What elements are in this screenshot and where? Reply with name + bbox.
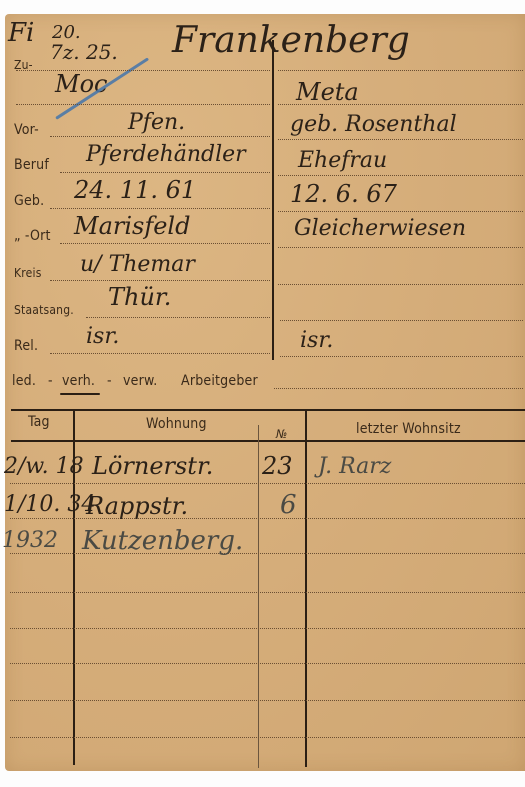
nr-column-divider: [258, 425, 259, 768]
rule-line: [278, 284, 523, 285]
rule-line: [60, 243, 270, 244]
value-kreis: u/ Themar: [80, 252, 195, 277]
row1-letzter-wohnsitz: J. Rarz: [318, 454, 391, 479]
right-rel: isr.: [300, 328, 333, 353]
header-wohnung: Wohnung: [146, 416, 207, 432]
rule-line: [60, 172, 270, 173]
status-sep1: -: [48, 373, 53, 389]
row1-nr: 23: [262, 452, 293, 480]
header-nr: №: [276, 427, 287, 441]
row3-tag: 1932: [2, 528, 58, 553]
label-staatsang: Staatsang.: [14, 303, 74, 317]
status-sep2: -: [107, 373, 112, 389]
table-row-line: [10, 700, 525, 701]
column-divider: [272, 40, 274, 360]
rule-line: [50, 208, 270, 209]
label-kreis: Kreis: [14, 266, 42, 280]
row1-wohnung: Lörnerstr.: [92, 452, 213, 480]
struck-name: Moc: [55, 70, 107, 98]
verheiratet-underline: [60, 393, 100, 395]
right-geborene: geb. Rosenthal: [290, 112, 457, 137]
rule-line: [278, 211, 523, 212]
right-ort: Gleicherwiesen: [294, 216, 466, 241]
table-row-line: [10, 483, 525, 484]
date-bottom: 7z. 25.: [50, 40, 118, 64]
rule-line: [16, 104, 270, 105]
status-verwitwet: verw.: [123, 373, 157, 389]
value-geb: 24. 11. 61: [74, 176, 196, 204]
status-verheiratet: verh.: [62, 373, 95, 389]
rule-line: [278, 175, 523, 176]
rule-line: [50, 353, 270, 354]
status-ledig: led.: [12, 373, 36, 389]
table-row-line: [10, 737, 525, 738]
value-staatsang: Thür.: [108, 283, 171, 311]
row2-wohnung: Rappstr.: [86, 492, 188, 520]
rule-line: [86, 317, 270, 318]
value-beruf: Pferdehändler: [86, 142, 246, 167]
rule-line: [278, 247, 523, 248]
rule-line: [16, 70, 270, 71]
table-top-border: [11, 409, 525, 411]
arbeitgeber-line: [274, 388, 523, 389]
rule-line: [50, 280, 270, 281]
row2-nr: 6: [280, 490, 297, 520]
row2-tag: 1/10. 34: [4, 492, 95, 517]
label-arbeitgeber: Arbeitgeber: [181, 373, 258, 389]
table-header-border: [11, 440, 525, 442]
table-row-line: [10, 592, 525, 593]
rule-line: [278, 139, 523, 140]
wohnsitz-column-divider: [305, 411, 307, 767]
rule-line: [280, 320, 523, 321]
header-tag: Tag: [28, 414, 50, 430]
table-row-line: [10, 663, 525, 664]
label-ort: „ -Ort: [14, 228, 51, 244]
row1-tag: 2/w. 18: [4, 454, 84, 479]
value-vorname: Pfen.: [128, 110, 185, 135]
row3-wohnung: Kutzenberg.: [82, 526, 243, 556]
rule-line: [280, 356, 523, 357]
corner-mark: Fi: [8, 18, 34, 48]
table-row-line: [10, 628, 525, 629]
label-vorname: Vor-: [14, 122, 39, 138]
label-beruf: Beruf: [14, 157, 49, 173]
header-letzter-wohnsitz: letzter Wohnsitz: [356, 421, 461, 437]
value-ort: Marisfeld: [74, 212, 190, 240]
right-beruf: Ehefrau: [298, 148, 387, 173]
label-rel: Rel.: [14, 338, 38, 354]
rule-line: [50, 136, 270, 137]
rule-line: [278, 70, 523, 71]
value-rel: isr.: [86, 324, 119, 349]
surname: Frankenberg: [172, 20, 410, 61]
label-geb: Geb.: [14, 193, 44, 209]
right-geb: 12. 6. 67: [290, 180, 397, 208]
right-vorname: Meta: [296, 78, 359, 106]
